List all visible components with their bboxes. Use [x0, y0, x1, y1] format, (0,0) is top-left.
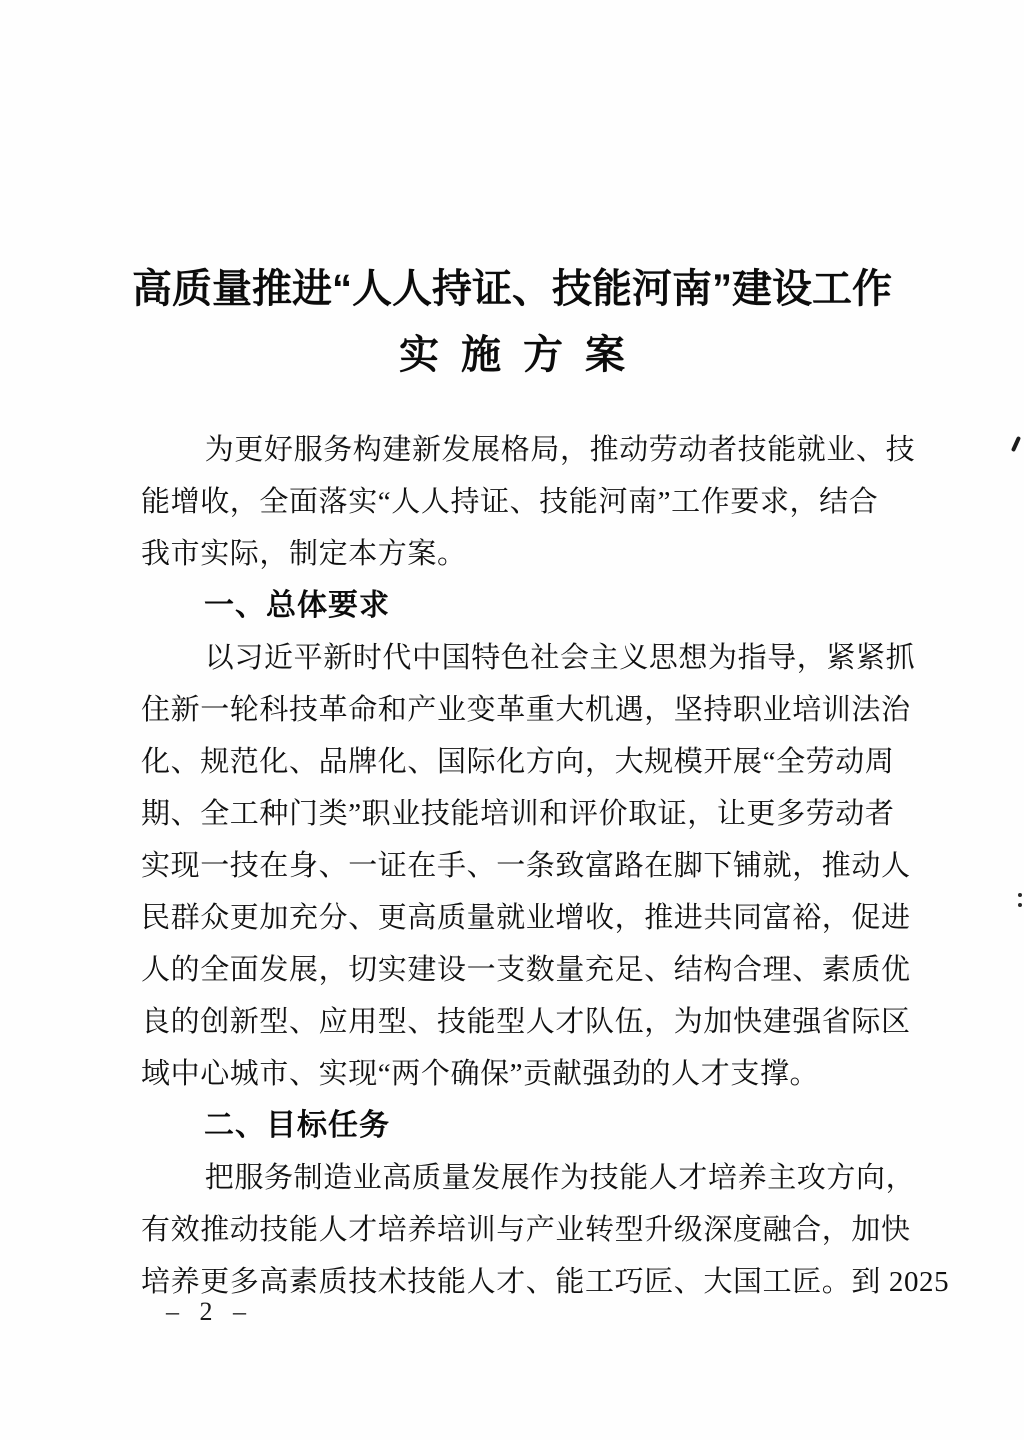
text-line: 为更好服务构建新发展格局，推动劳动者技能就业、技: [141, 424, 1001, 476]
text-line: 人的全面发展，切实建设一支数量充足、结构合理、素质优: [141, 944, 1001, 996]
scan-artifact-ink-dots: [1018, 893, 1022, 897]
text-line: 有效推动技能人才培养培训与产业转型升级深度融合，加快: [141, 1204, 1001, 1256]
text-line: 把服务制造业高质量发展作为技能人才培养主攻方向，: [141, 1152, 1001, 1204]
text-line: 化、规范化、品牌化、国际化方向，大规模开展“全劳动周: [141, 736, 1001, 788]
text-line: 实现一技在身、一证在手、一条致富路在脚下铺就，推动人: [141, 840, 1001, 892]
document-title: 高质量推进“人人持证、技能河南”建设工作 实施方案: [0, 256, 1024, 388]
document-title-line-1: 高质量推进“人人持证、技能河南”建设工作: [0, 256, 1024, 322]
text-line: 住新一轮科技革命和产业变革重大机遇，坚持职业培训法治: [141, 684, 1001, 736]
text-line: 以习近平新时代中国特色社会主义思想为指导，紧紧抓: [141, 632, 1001, 684]
document-title-line-2: 实施方案: [0, 322, 1024, 388]
document-body: 为更好服务构建新发展格局，推动劳动者技能就业、技能增收，全面落实“人人持证、技能…: [141, 424, 1001, 1308]
text-line: 良的创新型、应用型、技能型人才队伍，为加快建强省际区: [141, 996, 1001, 1048]
text-line: 培养更多高素质技术技能人才、能工巧匠、大国工匠。到 2025: [141, 1256, 1001, 1308]
section-heading-overall-requirements: 一、总体要求: [141, 580, 1001, 632]
paragraph-overall-requirements: 以习近平新时代中国特色社会主义思想为指导，紧紧抓住新一轮科技革命和产业变革重大机…: [141, 632, 1001, 1100]
page-number: – 2 –: [166, 1297, 253, 1327]
text-line: 能增收，全面落实“人人持证、技能河南”工作要求，结合: [141, 476, 1001, 528]
text-line: 我市实际，制定本方案。: [141, 528, 1001, 580]
paragraph-goals-tasks: 把服务制造业高质量发展作为技能人才培养主攻方向，有效推动技能人才培养培训与产业转…: [141, 1152, 1001, 1308]
text-line: 期、全工种门类”职业技能培训和评价取证，让更多劳动者: [141, 788, 1001, 840]
scanned-document-page: 高质量推进“人人持证、技能河南”建设工作 实施方案 为更好服务构建新发展格局，推…: [0, 0, 1024, 1440]
paragraph-intro: 为更好服务构建新发展格局，推动劳动者技能就业、技能增收，全面落实“人人持证、技能…: [141, 424, 1001, 580]
scan-artifact-slash-mark: [1011, 436, 1021, 452]
text-line: 域中心城市、实现“两个确保”贡献强劲的人才支撑。: [141, 1048, 1001, 1100]
text-line: 民群众更加充分、更高质量就业增收，推进共同富裕，促进: [141, 892, 1001, 944]
section-heading-goals-tasks: 二、目标任务: [141, 1100, 1001, 1152]
